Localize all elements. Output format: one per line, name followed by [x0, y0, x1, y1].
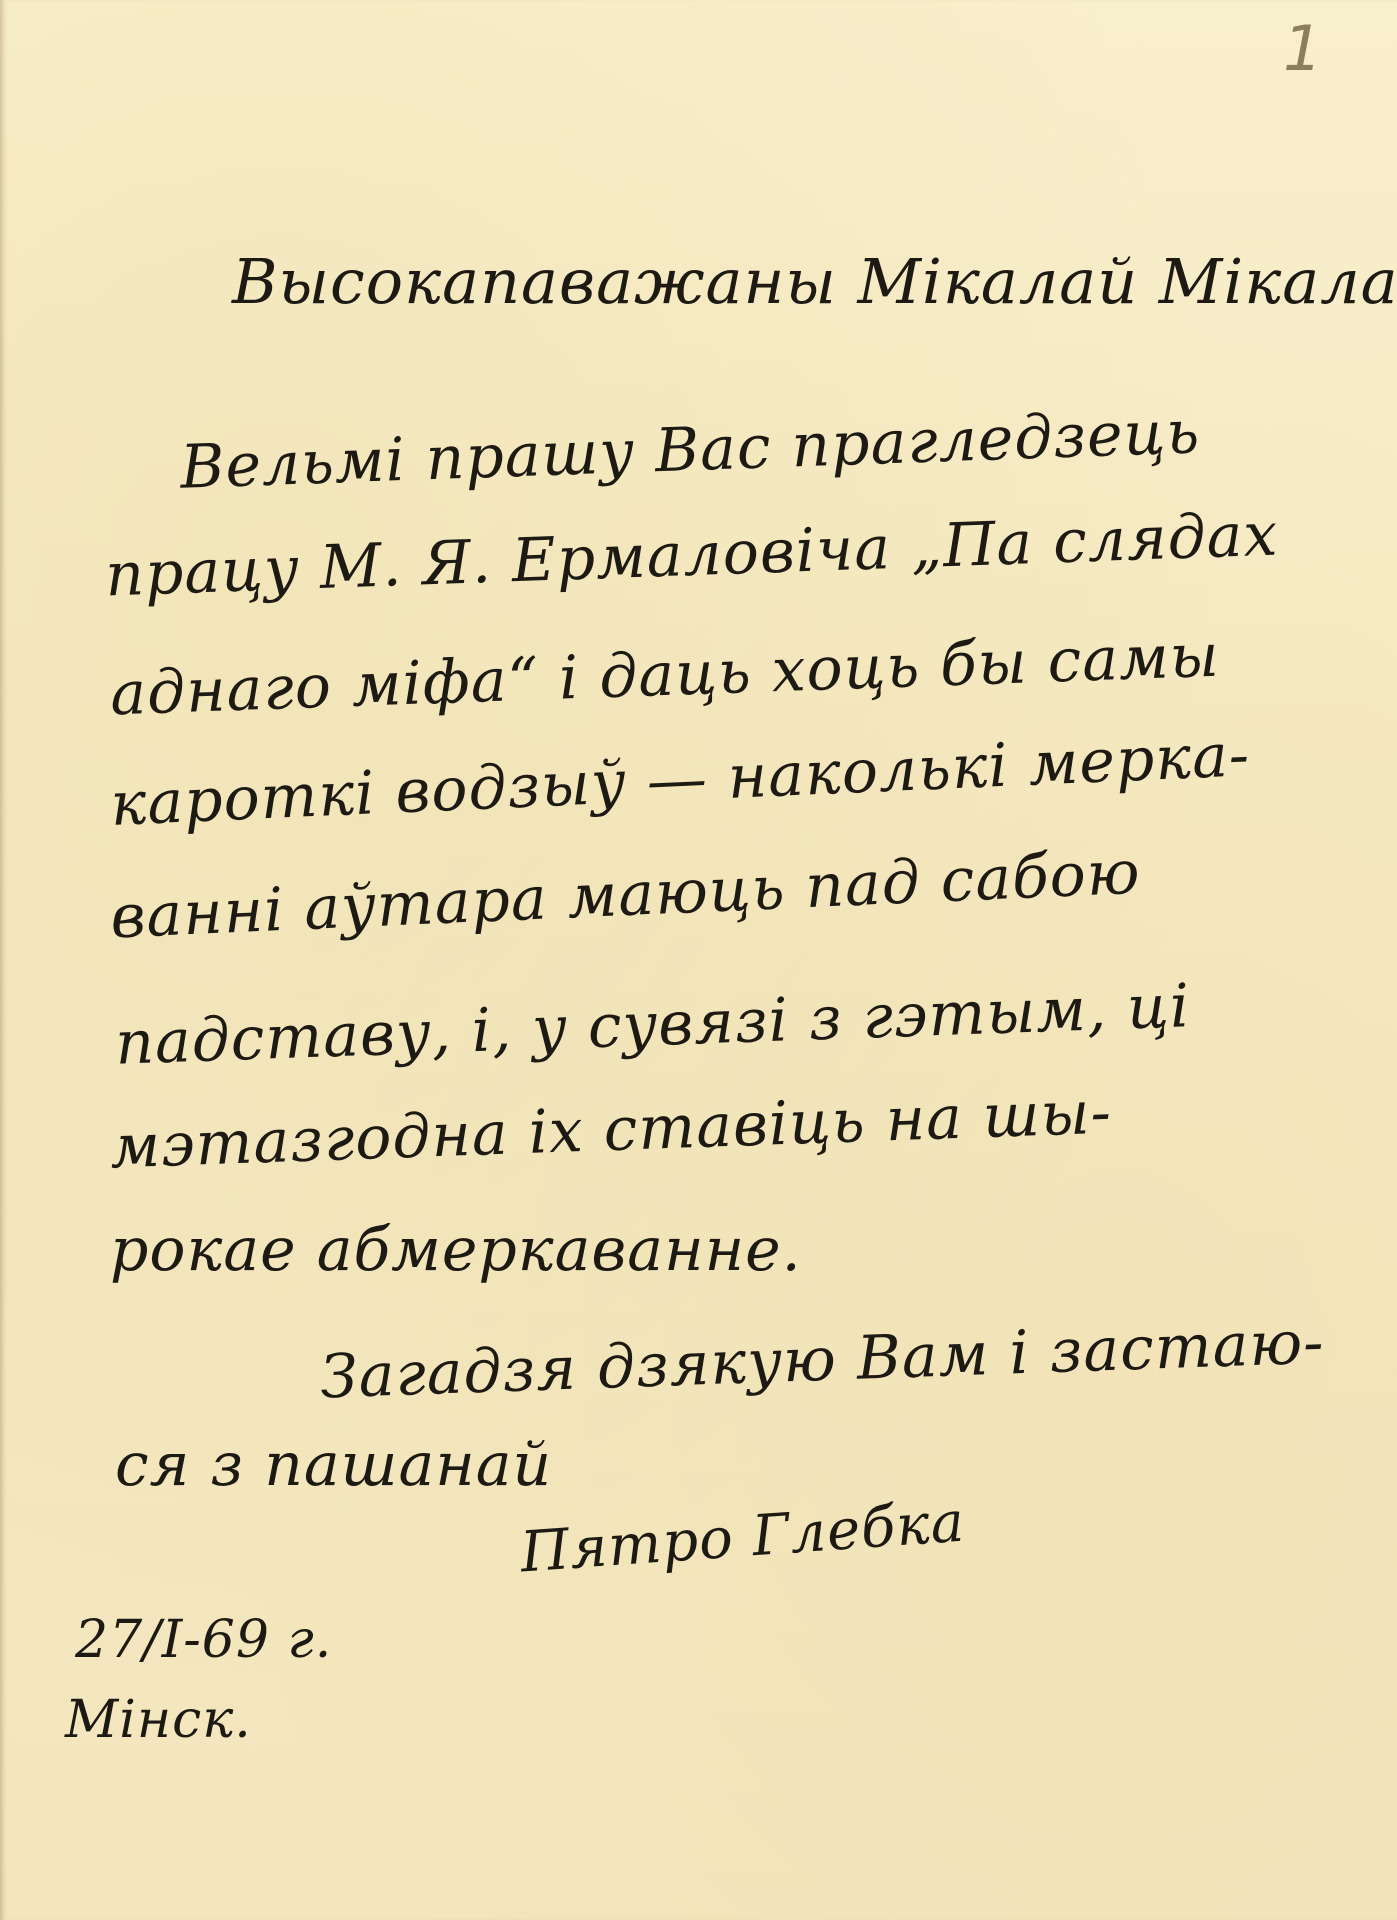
body-line-3: аднаго міфа“ і даць хоць бы самы — [109, 621, 1221, 730]
closing-line-2: ся з пашанай — [115, 1430, 552, 1500]
body-line-2: працу М. Я. Ермаловіча „Па слядах — [104, 500, 1279, 611]
salutation: Высокапаважаны Мікалай Мікалаевіч! — [232, 245, 1397, 318]
body-line-7: мэтазгодна іх ставіць на шы- — [109, 1078, 1113, 1183]
body-line-5: ванні аўтара маюць пад сабою — [109, 838, 1142, 953]
closing-line-1: Загадзя дзякую Вам і застаю- — [319, 1307, 1325, 1412]
letter-page: 1 Высокапаважаны Мікалай Мікалаевіч! Вел… — [0, 0, 1397, 1920]
body-line-1: Вельмі прашу Вас прагледзець — [179, 397, 1201, 503]
letter-date: 27/I-69 г. — [75, 1610, 332, 1670]
body-line-6: падставу, і, у сувязі з гэтым, ці — [114, 971, 1191, 1078]
signature: Пятро Глебка — [518, 1490, 967, 1586]
letter-place: Мінск. — [65, 1690, 252, 1750]
body-line-4: кароткі водзыў — наколькі меркa- — [109, 720, 1251, 840]
page-number: 1 — [1283, 12, 1322, 85]
body-line-8: рокае абмеркаванне. — [110, 1215, 802, 1285]
